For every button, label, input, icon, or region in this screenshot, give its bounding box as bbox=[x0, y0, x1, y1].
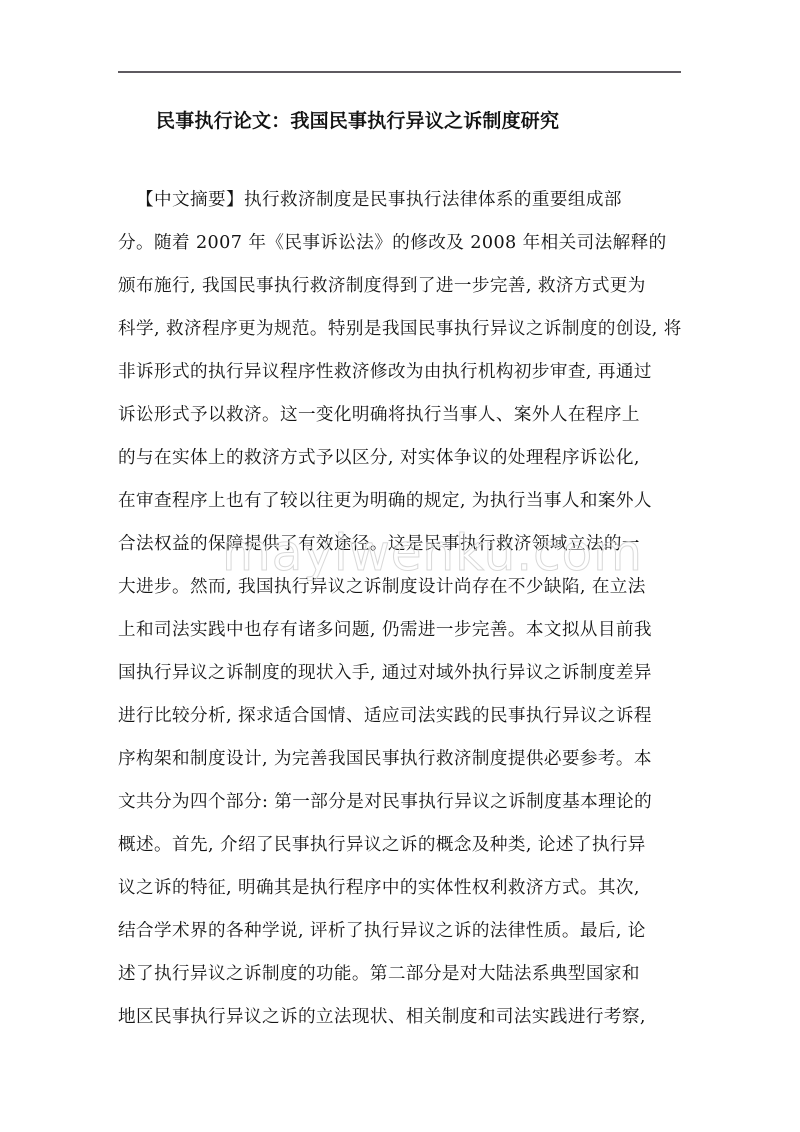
body-line: 文共分为四个部分: 第一部分是对民事执行异议之诉制度基本理论的 bbox=[118, 788, 688, 831]
body-line: 【中文摘要】执行救济制度是民事执行法律体系的重要组成部 bbox=[118, 186, 688, 229]
document-page: 民事执行论文：我国民事执行异议之诉制度研究 【中文摘要】执行救济制度是民事执行法… bbox=[0, 0, 800, 1132]
body-line: 非诉形式的执行异议程序性救济修改为由执行机构初步审查, 再通过 bbox=[118, 358, 688, 401]
body-line: 议之诉的特征, 明确其是执行程序中的实体性权利救济方式。其次, bbox=[118, 874, 688, 917]
body-line: 结合学术界的各种学说, 评析了执行异议之诉的法律性质。最后, 论 bbox=[118, 917, 688, 960]
body-line: 诉讼形式予以救济。这一变化明确将执行当事人、案外人在程序上 bbox=[118, 401, 688, 444]
body-line: 的与在实体上的救济方式予以区分, 对实体争议的处理程序诉讼化, bbox=[118, 444, 688, 487]
header-rule bbox=[118, 71, 681, 73]
abstract-body: 【中文摘要】执行救济制度是民事执行法律体系的重要组成部 分。随着 2007 年《… bbox=[118, 186, 688, 1046]
body-line: 进行比较分析, 探求适合国情、适应司法实践的民事执行异议之诉程 bbox=[118, 702, 688, 745]
document-title: 民事执行论文：我国民事执行异议之诉制度研究 bbox=[156, 106, 559, 133]
body-line: 概述。首先, 介绍了民事执行异议之诉的概念及种类, 论述了执行异 bbox=[118, 831, 688, 874]
body-line: 在审查程序上也有了较以往更为明确的规定, 为执行当事人和案外人 bbox=[118, 487, 688, 530]
body-line: 述了执行异议之诉制度的功能。第二部分是对大陆法系典型国家和 bbox=[118, 960, 688, 1003]
body-line: 科学, 救济程序更为规范。特别是我国民事执行异议之诉制度的创设, 将 bbox=[118, 315, 688, 358]
body-line: 序构架和制度设计, 为完善我国民事执行救济制度提供必要参考。本 bbox=[118, 745, 688, 788]
body-line: 地区民事执行异议之诉的立法现状、相关制度和司法实践进行考察, bbox=[118, 1003, 688, 1046]
body-line: 国执行异议之诉制度的现状入手, 通过对域外执行异议之诉制度差异 bbox=[118, 659, 688, 702]
body-line: 上和司法实践中也存有诸多问题, 仍需进一步完善。本文拟从目前我 bbox=[118, 616, 688, 659]
body-line: 颁布施行, 我国民事执行救济制度得到了进一步完善, 救济方式更为 bbox=[118, 272, 688, 315]
body-line: 大进步。然而, 我国执行异议之诉制度设计尚存在不少缺陷, 在立法 bbox=[118, 573, 688, 616]
body-line: 分。随着 2007 年《民事诉讼法》的修改及 2008 年相关司法解释的 bbox=[118, 229, 688, 272]
body-line: 合法权益的保障提供了有效途径。这是民事执行救济领域立法的一 bbox=[118, 530, 688, 573]
